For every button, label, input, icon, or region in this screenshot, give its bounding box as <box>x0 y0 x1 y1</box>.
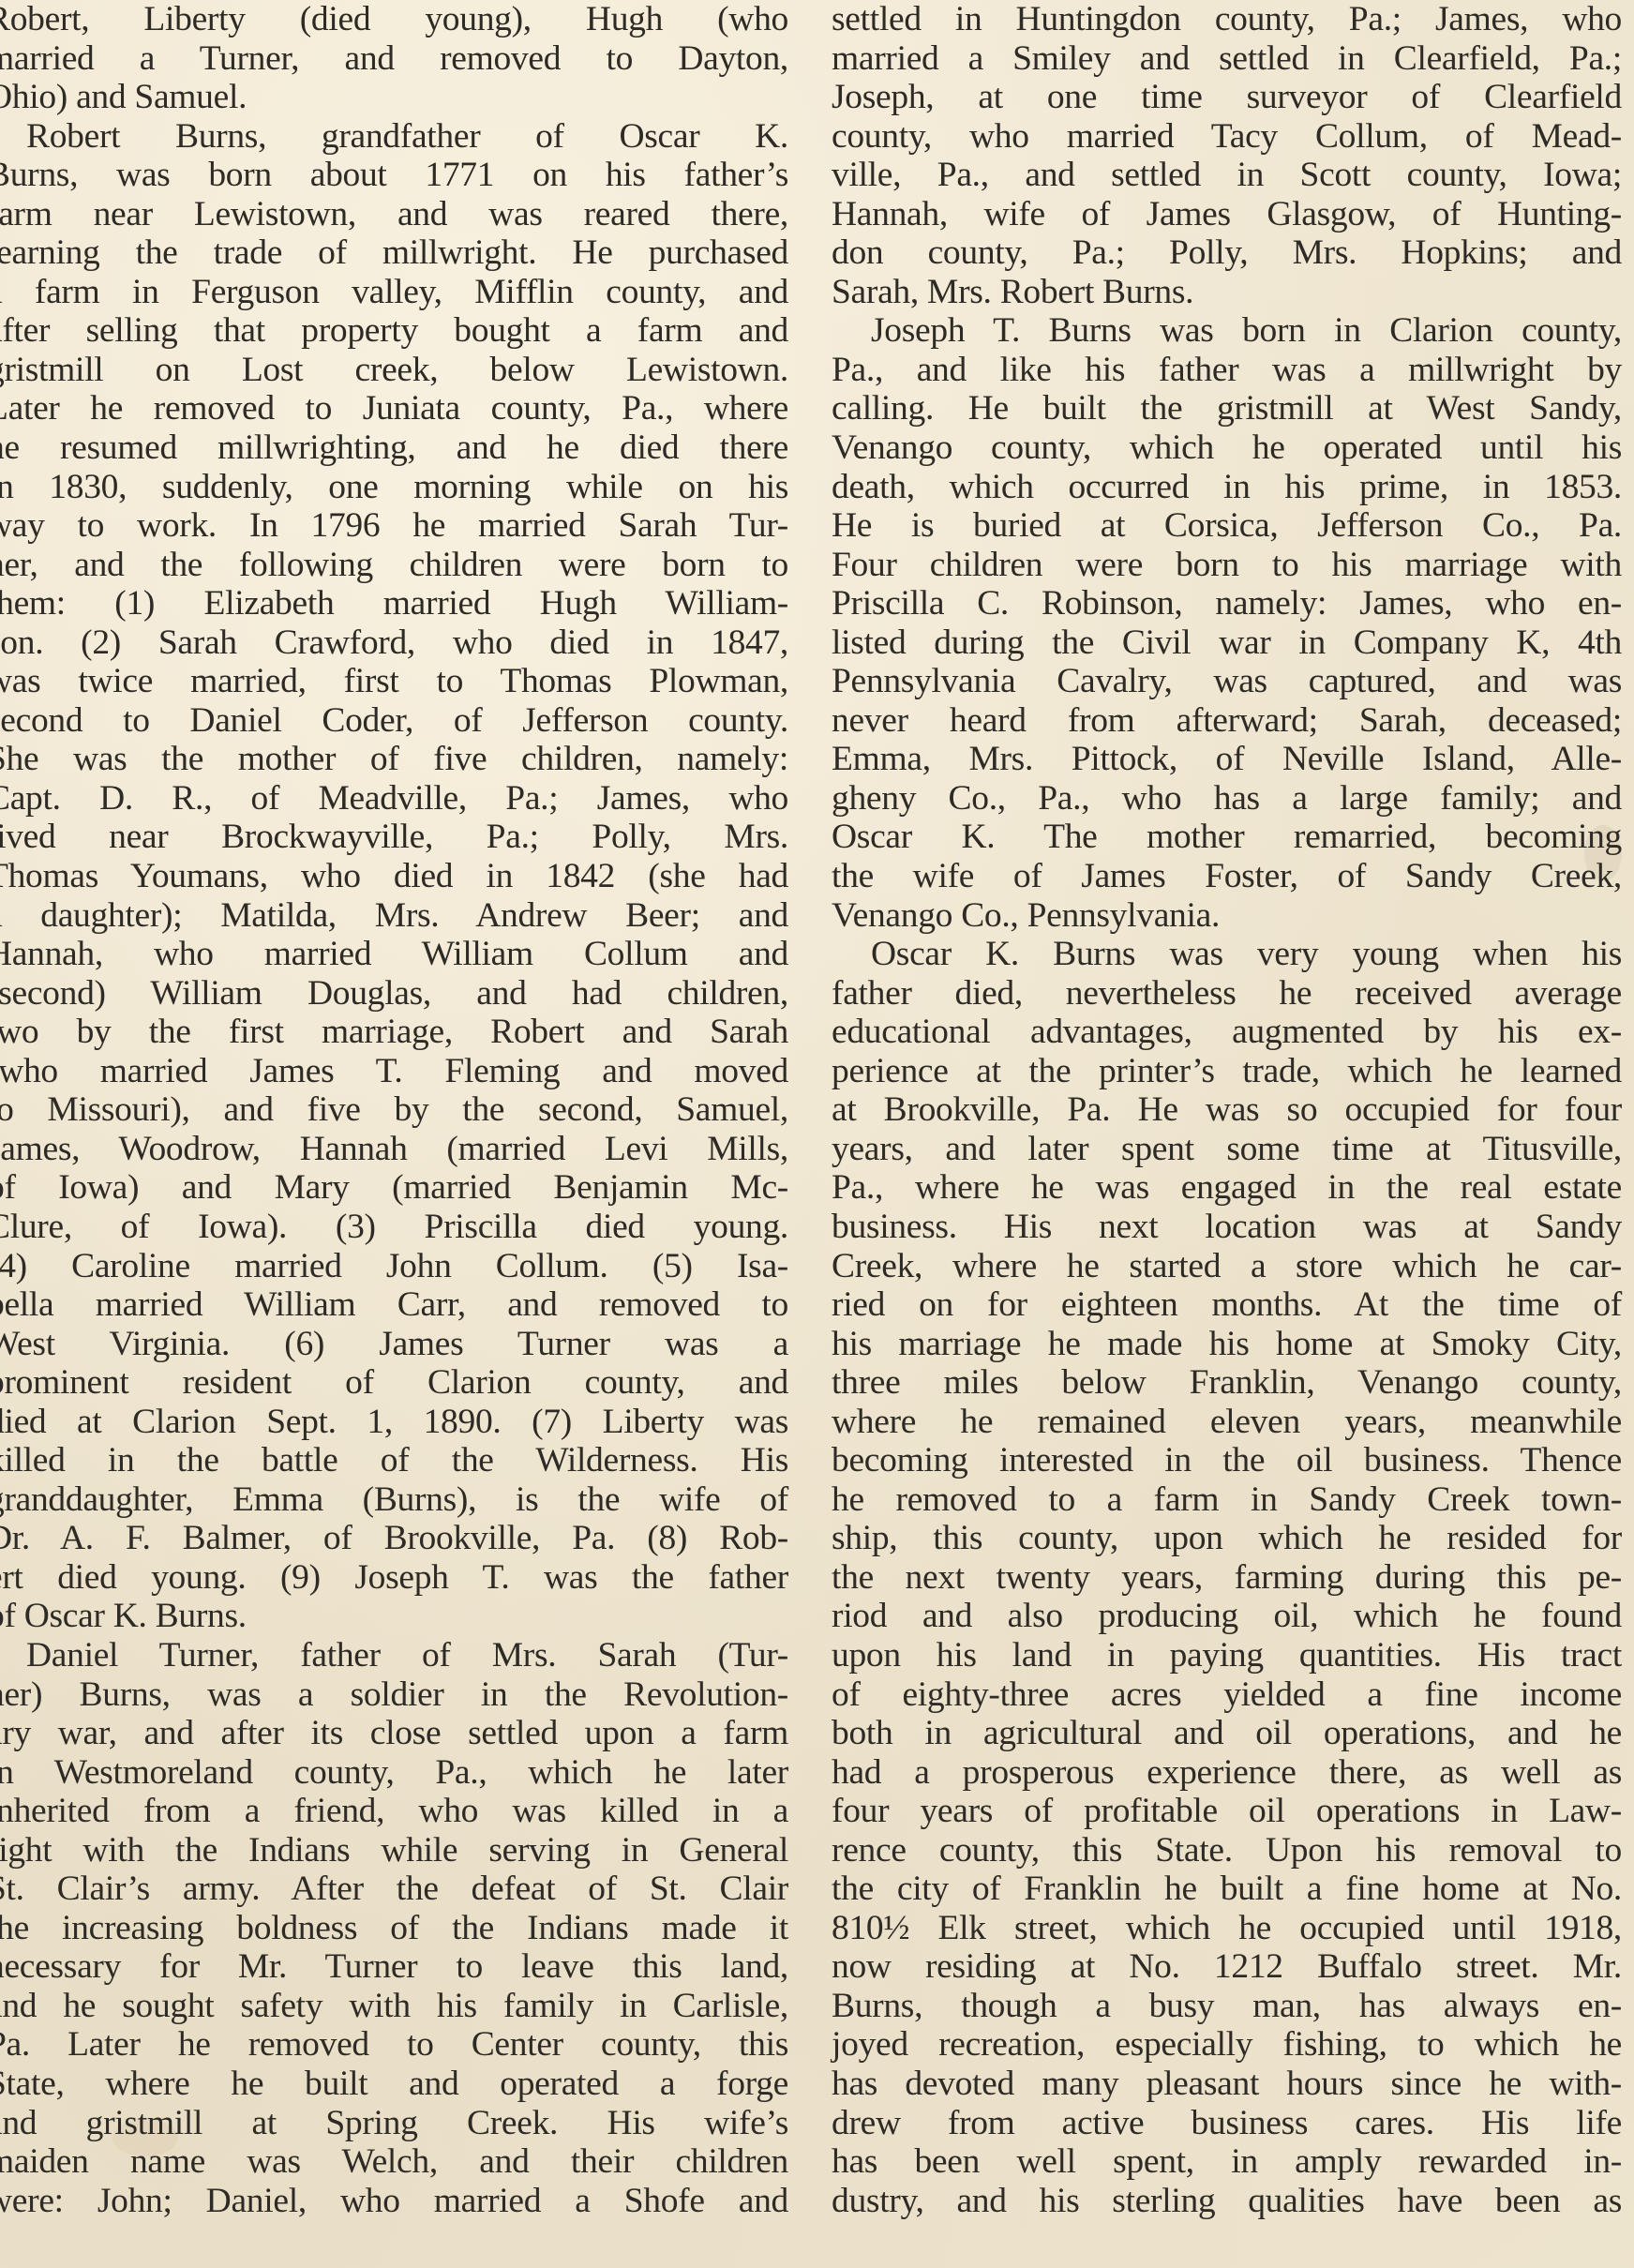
text-line: prominent resident of Clarion county, an… <box>0 1363 788 1403</box>
text-line: perience at the printer’s trade, which h… <box>832 1052 1622 1091</box>
text-line: of Iowa) and Mary (married Benjamin Mc- <box>0 1168 788 1208</box>
text-line: Dr. A. F. Balmer, of Brookville, Pa. (8)… <box>0 1519 788 1558</box>
text-line: and gristmill at Spring Creek. His wife’… <box>0 2104 788 2143</box>
text-line: the increasing boldness of the Indians m… <box>0 1909 788 1948</box>
text-line: Capt. D. R., of Meadville, Pa.; James, w… <box>0 779 788 819</box>
text-line: of Oscar K. Burns. <box>0 1597 788 1636</box>
left-text-column: Robert, Liberty (died young), Hugh (whom… <box>0 0 788 2220</box>
text-line: never heard from afterward; Sarah, decea… <box>832 701 1622 741</box>
text-line: drew from active business cares. His lif… <box>832 2104 1622 2143</box>
text-line: St. Clair’s army. After the defeat of St… <box>0 1870 788 1909</box>
text-line: learning the trade of millwright. He pur… <box>0 233 788 273</box>
text-line: death, which occurred in his prime, in 1… <box>832 468 1622 507</box>
text-line: becoming interested in the oil business.… <box>832 1441 1622 1480</box>
text-line: He is buried at Corsica, Jefferson Co., … <box>832 506 1622 546</box>
text-line: ner) Burns, was a soldier in the Revolut… <box>0 1675 788 1715</box>
text-line: second to Daniel Coder, of Jefferson cou… <box>0 701 788 741</box>
text-line: he removed to a farm in Sandy Creek town… <box>832 1480 1622 1520</box>
text-line: son. (2) Sarah Crawford, who died in 184… <box>0 623 788 663</box>
text-line: and he sought safety with his family in … <box>0 1987 788 2026</box>
text-line: Ohio) and Samuel. <box>0 78 788 117</box>
text-line: the city of Franklin he built a fine hom… <box>832 1870 1622 1909</box>
text-line: lived near Brockwayville, Pa.; Polly, Mr… <box>0 818 788 857</box>
text-line: a farm in Ferguson valley, Mifflin count… <box>0 273 788 312</box>
text-line: in Westmoreland county, Pa., which he la… <box>0 1753 788 1793</box>
text-line: Joseph T. Burns was born in Clarion coun… <box>832 311 1622 351</box>
text-line: died at Clarion Sept. 1, 1890. (7) Liber… <box>0 1403 788 1442</box>
text-line: West Virginia. (6) James Turner was a <box>0 1325 788 1364</box>
text-line: Joseph, at one time surveyor of Clearfie… <box>832 78 1622 117</box>
text-line: were: John; Daniel, who married a Shofe … <box>0 2182 788 2221</box>
text-line: has devoted many pleasant hours since he… <box>832 2065 1622 2104</box>
text-line: ville, Pa., and settled in Scott county,… <box>832 156 1622 195</box>
text-line: calling. He built the gristmill at West … <box>832 389 1622 428</box>
text-line: was twice married, first to Thomas Plowm… <box>0 662 788 701</box>
text-line: Robert Burns, grandfather of Oscar K. <box>0 117 788 157</box>
text-line: had a prosperous experience there, as we… <box>832 1753 1622 1793</box>
text-line: now residing at No. 1212 Buffalo street.… <box>832 1947 1622 1987</box>
text-line: Creek, where he started a store which he… <box>832 1247 1622 1286</box>
text-line: Robert, Liberty (died young), Hugh (who <box>0 0 788 39</box>
text-line: educational advantages, augmented by his… <box>832 1013 1622 1052</box>
text-line: he resumed millwrighting, and he died th… <box>0 428 788 468</box>
text-line: business. His next location was at Sandy <box>832 1208 1622 1247</box>
text-line: his marriage he made his home at Smoky C… <box>832 1325 1622 1364</box>
text-line: two by the first marriage, Robert and Sa… <box>0 1013 788 1052</box>
text-line: of eighty-three acres yielded a fine inc… <box>832 1675 1622 1715</box>
text-line: Hannah, wife of James Glasgow, of Huntin… <box>832 195 1622 234</box>
text-line: Burns, though a busy man, has always en- <box>832 1987 1622 2026</box>
text-line: after selling that property bought a far… <box>0 311 788 351</box>
right-text-column: settled in Huntingdon county, Pa.; James… <box>832 0 1622 2220</box>
text-line: three miles below Franklin, Venango coun… <box>832 1363 1622 1403</box>
text-line: a daughter); Matilda, Mrs. Andrew Beer; … <box>0 896 788 936</box>
text-line: ner, and the following children were bor… <box>0 546 788 585</box>
text-line: has been well spent, in amply rewarded i… <box>832 2142 1622 2182</box>
text-line: 810½ Elk street, which he occupied until… <box>832 1909 1622 1948</box>
text-line: Emma, Mrs. Pittock, of Neville Island, A… <box>832 740 1622 779</box>
text-line: granddaughter, Emma (Burns), is the wife… <box>0 1480 788 1520</box>
text-line: (4) Caroline married John Collum. (5) Is… <box>0 1247 788 1286</box>
text-line: State, where he built and operated a for… <box>0 2065 788 2104</box>
text-line: listed during the Civil war in Company K… <box>832 623 1622 663</box>
scanned-book-page: Robert, Liberty (died young), Hugh (whom… <box>0 0 1634 2268</box>
text-line: Pa. Later he removed to Center county, t… <box>0 2025 788 2065</box>
text-line: ried on for eighteen months. At the time… <box>832 1285 1622 1325</box>
text-line: Priscilla C. Robinson, namely: James, wh… <box>832 584 1622 623</box>
text-line: married a Smiley and settled in Clearfie… <box>832 39 1622 79</box>
text-line: Daniel Turner, father of Mrs. Sarah (Tur… <box>0 1636 788 1675</box>
text-line: dustry, and his sterling qualities have … <box>832 2182 1622 2221</box>
text-line: ship, this county, upon which he resided… <box>832 1519 1622 1558</box>
text-line: the next twenty years, farming during th… <box>832 1558 1622 1598</box>
text-line: years, and later spent some time at Titu… <box>832 1130 1622 1169</box>
text-line: (who married James T. Fleming and moved <box>0 1052 788 1091</box>
text-line: Clure, of Iowa). (3) Priscilla died youn… <box>0 1208 788 1247</box>
text-line: killed in the battle of the Wilderness. … <box>0 1441 788 1480</box>
text-line: James, Woodrow, Hannah (married Levi Mil… <box>0 1130 788 1169</box>
text-line: Later he removed to Juniata county, Pa.,… <box>0 389 788 428</box>
text-line: Oscar K. The mother remarried, becoming <box>832 818 1622 857</box>
text-line: both in agricultural and oil operations,… <box>832 1714 1622 1753</box>
text-line: Hannah, who married William Collum and <box>0 935 788 974</box>
text-line: Oscar K. Burns was very young when his <box>832 935 1622 974</box>
text-line: fight with the Indians while serving in … <box>0 1831 788 1870</box>
text-line: Sarah, Mrs. Robert Burns. <box>832 273 1622 312</box>
text-line: (second) William Douglas, and had childr… <box>0 974 788 1014</box>
text-line: the wife of James Foster, of Sandy Creek… <box>832 857 1622 896</box>
text-line: where he remained eleven years, meanwhil… <box>832 1403 1622 1442</box>
text-line: farm near Lewistown, and was reared ther… <box>0 195 788 234</box>
text-line: gheny Co., Pa., who has a large family; … <box>832 779 1622 819</box>
text-line: at Brookville, Pa. He was so occupied fo… <box>832 1090 1622 1130</box>
text-line: bella married William Carr, and removed … <box>0 1285 788 1325</box>
text-line: four years of profitable oil operations … <box>832 1792 1622 1831</box>
text-line: to Missouri), and five by the second, Sa… <box>0 1090 788 1130</box>
text-line: maiden name was Welch, and their childre… <box>0 2142 788 2182</box>
text-line: rence county, this State. Upon his remov… <box>832 1831 1622 1870</box>
text-line: necessary for Mr. Turner to leave this l… <box>0 1947 788 1987</box>
text-line: Four children were born to his marriage … <box>832 546 1622 585</box>
text-line: gristmill on Lost creek, below Lewistown… <box>0 351 788 390</box>
text-line: in 1830, suddenly, one morning while on … <box>0 468 788 507</box>
text-line: Pa., where he was engaged in the real es… <box>832 1168 1622 1208</box>
text-line: ert died young. (9) Joseph T. was the fa… <box>0 1558 788 1598</box>
text-line: Thomas Youmans, who died in 1842 (she ha… <box>0 857 788 896</box>
text-line: Burns, was born about 1771 on his father… <box>0 156 788 195</box>
text-line: Pa., and like his father was a millwrigh… <box>832 351 1622 390</box>
text-line: Venango county, which he operated until … <box>832 428 1622 468</box>
text-line: married a Turner, and removed to Dayton, <box>0 39 788 79</box>
text-line: upon his land in paying quantities. His … <box>832 1636 1622 1675</box>
text-line: riod and also producing oil, which he fo… <box>832 1597 1622 1636</box>
text-line: settled in Huntingdon county, Pa.; James… <box>832 0 1622 39</box>
text-line: ary war, and after its close settled upo… <box>0 1714 788 1753</box>
text-line: joyed recreation, especially fishing, to… <box>832 2025 1622 2065</box>
text-line: father died, nevertheless he received av… <box>832 974 1622 1014</box>
text-line: Venango Co., Pennsylvania. <box>832 896 1622 936</box>
text-line: Pennsylvania Cavalry, was captured, and … <box>832 662 1622 701</box>
text-line: county, who married Tacy Collum, of Mead… <box>832 117 1622 157</box>
text-line: them: (1) Elizabeth married Hugh William… <box>0 584 788 623</box>
text-line: don county, Pa.; Polly, Mrs. Hopkins; an… <box>832 233 1622 273</box>
text-line: She was the mother of five children, nam… <box>0 740 788 779</box>
text-line: inherited from a friend, who was killed … <box>0 1792 788 1831</box>
text-line: way to work. In 1796 he married Sarah Tu… <box>0 506 788 546</box>
